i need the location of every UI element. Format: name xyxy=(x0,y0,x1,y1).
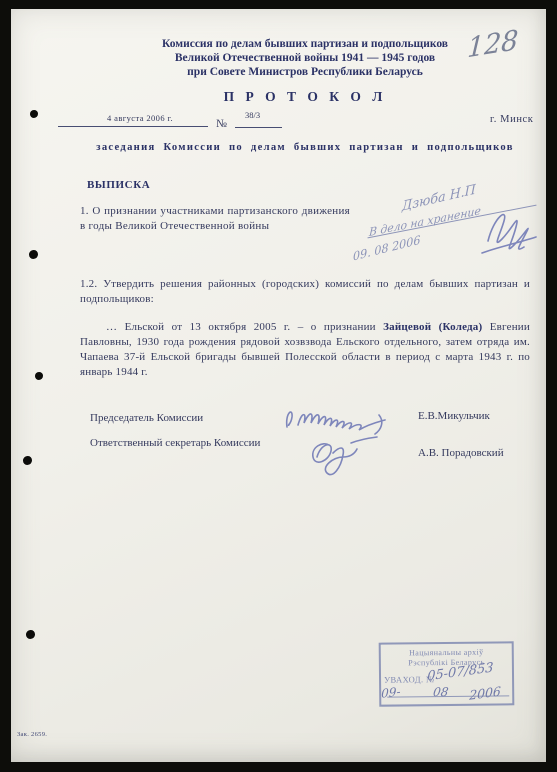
signer-title-chairman: Председатель Комиссии xyxy=(90,412,203,424)
note-date: 09. 08 2006 xyxy=(353,232,421,263)
org-header-line1: Комиссия по делам бывших партизан и подп… xyxy=(81,37,529,51)
agenda-item-1: 1. О признании участниками партизанского… xyxy=(80,204,350,234)
scan-background: Комиссия по делам бывших партизан и подп… xyxy=(0,0,557,772)
stamp-date-year: 2006 xyxy=(469,683,501,702)
doc-date: 4 августа 2006 г. xyxy=(107,113,173,123)
number-sign: № xyxy=(216,118,227,130)
stamp-date-month: 08 xyxy=(432,685,449,699)
signer-name-chairman: Е.В.Микульчик xyxy=(418,410,490,422)
document-paper: Комиссия по делам бывших партизан и подп… xyxy=(11,9,546,762)
signer-name-secretary: А.В. Порадовский xyxy=(418,447,504,459)
session-subtitle: заседания Комиссии по делам бывших парти… xyxy=(81,142,529,153)
protocol-title: П Р О Т О К О Л xyxy=(81,89,529,105)
note-signature xyxy=(474,197,542,259)
print-order-note: Зак. 2659. xyxy=(17,731,47,738)
signer-title-secretary: Ответственный секретарь Комиссии xyxy=(90,436,265,450)
decision-name-bold: Зайцевой (Коледа) xyxy=(383,321,482,333)
org-header-line3: при Совете Министров Республики Беларусь xyxy=(81,65,529,79)
archive-stamp: Нацыянальны архіў Рэспублікі Беларусь УВ… xyxy=(379,641,515,706)
decision-text-before: … Ельской от 13 октября 2005 г. – о приз… xyxy=(106,321,383,333)
org-header: Комиссия по делам бывших партизан и подп… xyxy=(81,37,529,79)
extract-heading: ВЫПИСКА xyxy=(87,179,150,191)
resolution-item-1-2: 1.2. Утвердить решения районных (городск… xyxy=(80,277,530,307)
org-header-line2: Великой Отечественной войны 1941 — 1945 … xyxy=(81,51,529,65)
date-underline xyxy=(58,126,208,127)
stamp-date-day: 09- xyxy=(381,684,401,700)
handwritten-note: Дзюба Н.П В дело на хранение 09. 08 2006 xyxy=(346,169,546,269)
stamp-org-line-1: Нацыянальны архіў xyxy=(381,647,512,657)
number-underline xyxy=(235,127,282,128)
decision-paragraph: … Ельской от 13 октября 2005 г. – о приз… xyxy=(80,320,530,380)
signature-secretary xyxy=(299,427,387,483)
doc-number: 38/3 xyxy=(245,110,260,120)
city-label: г. Минск xyxy=(490,114,534,125)
